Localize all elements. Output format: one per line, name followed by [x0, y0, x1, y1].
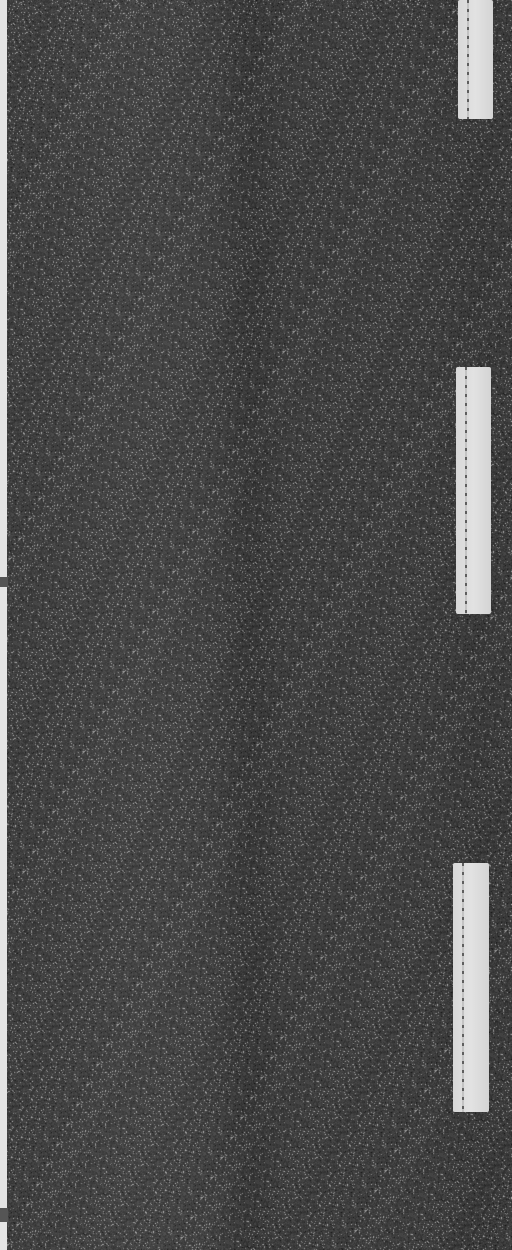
lane-dash: [458, 0, 493, 119]
edge-line-gap: [0, 577, 8, 587]
lane-dash: [456, 367, 491, 614]
left-edge-line: [0, 0, 7, 1250]
road-scene: [0, 0, 512, 1250]
lane-dash: [453, 863, 489, 1112]
edge-line-gap: [0, 1208, 8, 1222]
asphalt-surface: [0, 0, 512, 1250]
